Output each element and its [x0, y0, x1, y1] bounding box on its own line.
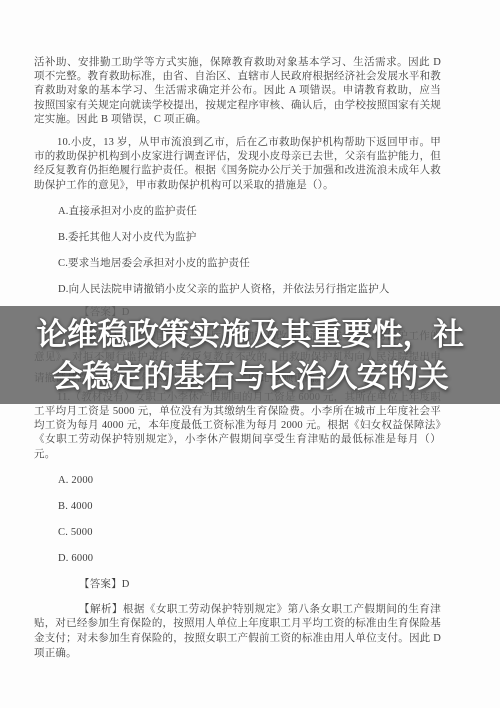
question-11-option-a: A. 2000 [34, 474, 441, 488]
question-10-option-d: D.向人民法院申请撤销小皮父亲的监护人资格，并依法另行指定监护人 [34, 283, 441, 297]
question-11-analysis: 【解析】根据《女职工劳动保护特别规定》第八条女职工产假期间的生育津贴，对已经参加… [34, 603, 441, 661]
watermark-title-line1: 论维稳政策实施及其重要性，社 [0, 314, 500, 356]
watermark-title-line2: 会稳定的基石与长治久安的关 [0, 356, 500, 398]
watermark-title-banner: 论维稳政策实施及其重要性，社 会稳定的基石与长治久安的关 [0, 306, 500, 404]
previous-answer-analysis-tail: 活补助、安排勤工助学等方式实施，保障教育救助对象基本学习、生活需求。因此 D 项… [34, 56, 441, 127]
question-10-option-a: A.直接承担对小皮的监护责任 [34, 205, 441, 219]
question-11-option-c: C. 5000 [34, 526, 441, 540]
document-page: { "page": { "background": "#fdfdfd", "te… [0, 0, 500, 708]
question-11-option-d: D. 6000 [34, 552, 441, 566]
question-11-answer-label: 【答案】D [34, 578, 441, 592]
question-11-option-b: B. 4000 [34, 500, 441, 514]
question-10-option-b: B.委托其他人对小皮代为监护 [34, 231, 441, 245]
question-10-option-c: C.要求当地居委会承担对小皮的监护责任 [34, 257, 441, 271]
question-10-stem: 10.小皮，13 岁，从甲市流浪到乙市，后在乙市救助保护机构帮助下返回甲市。甲市… [34, 136, 441, 193]
